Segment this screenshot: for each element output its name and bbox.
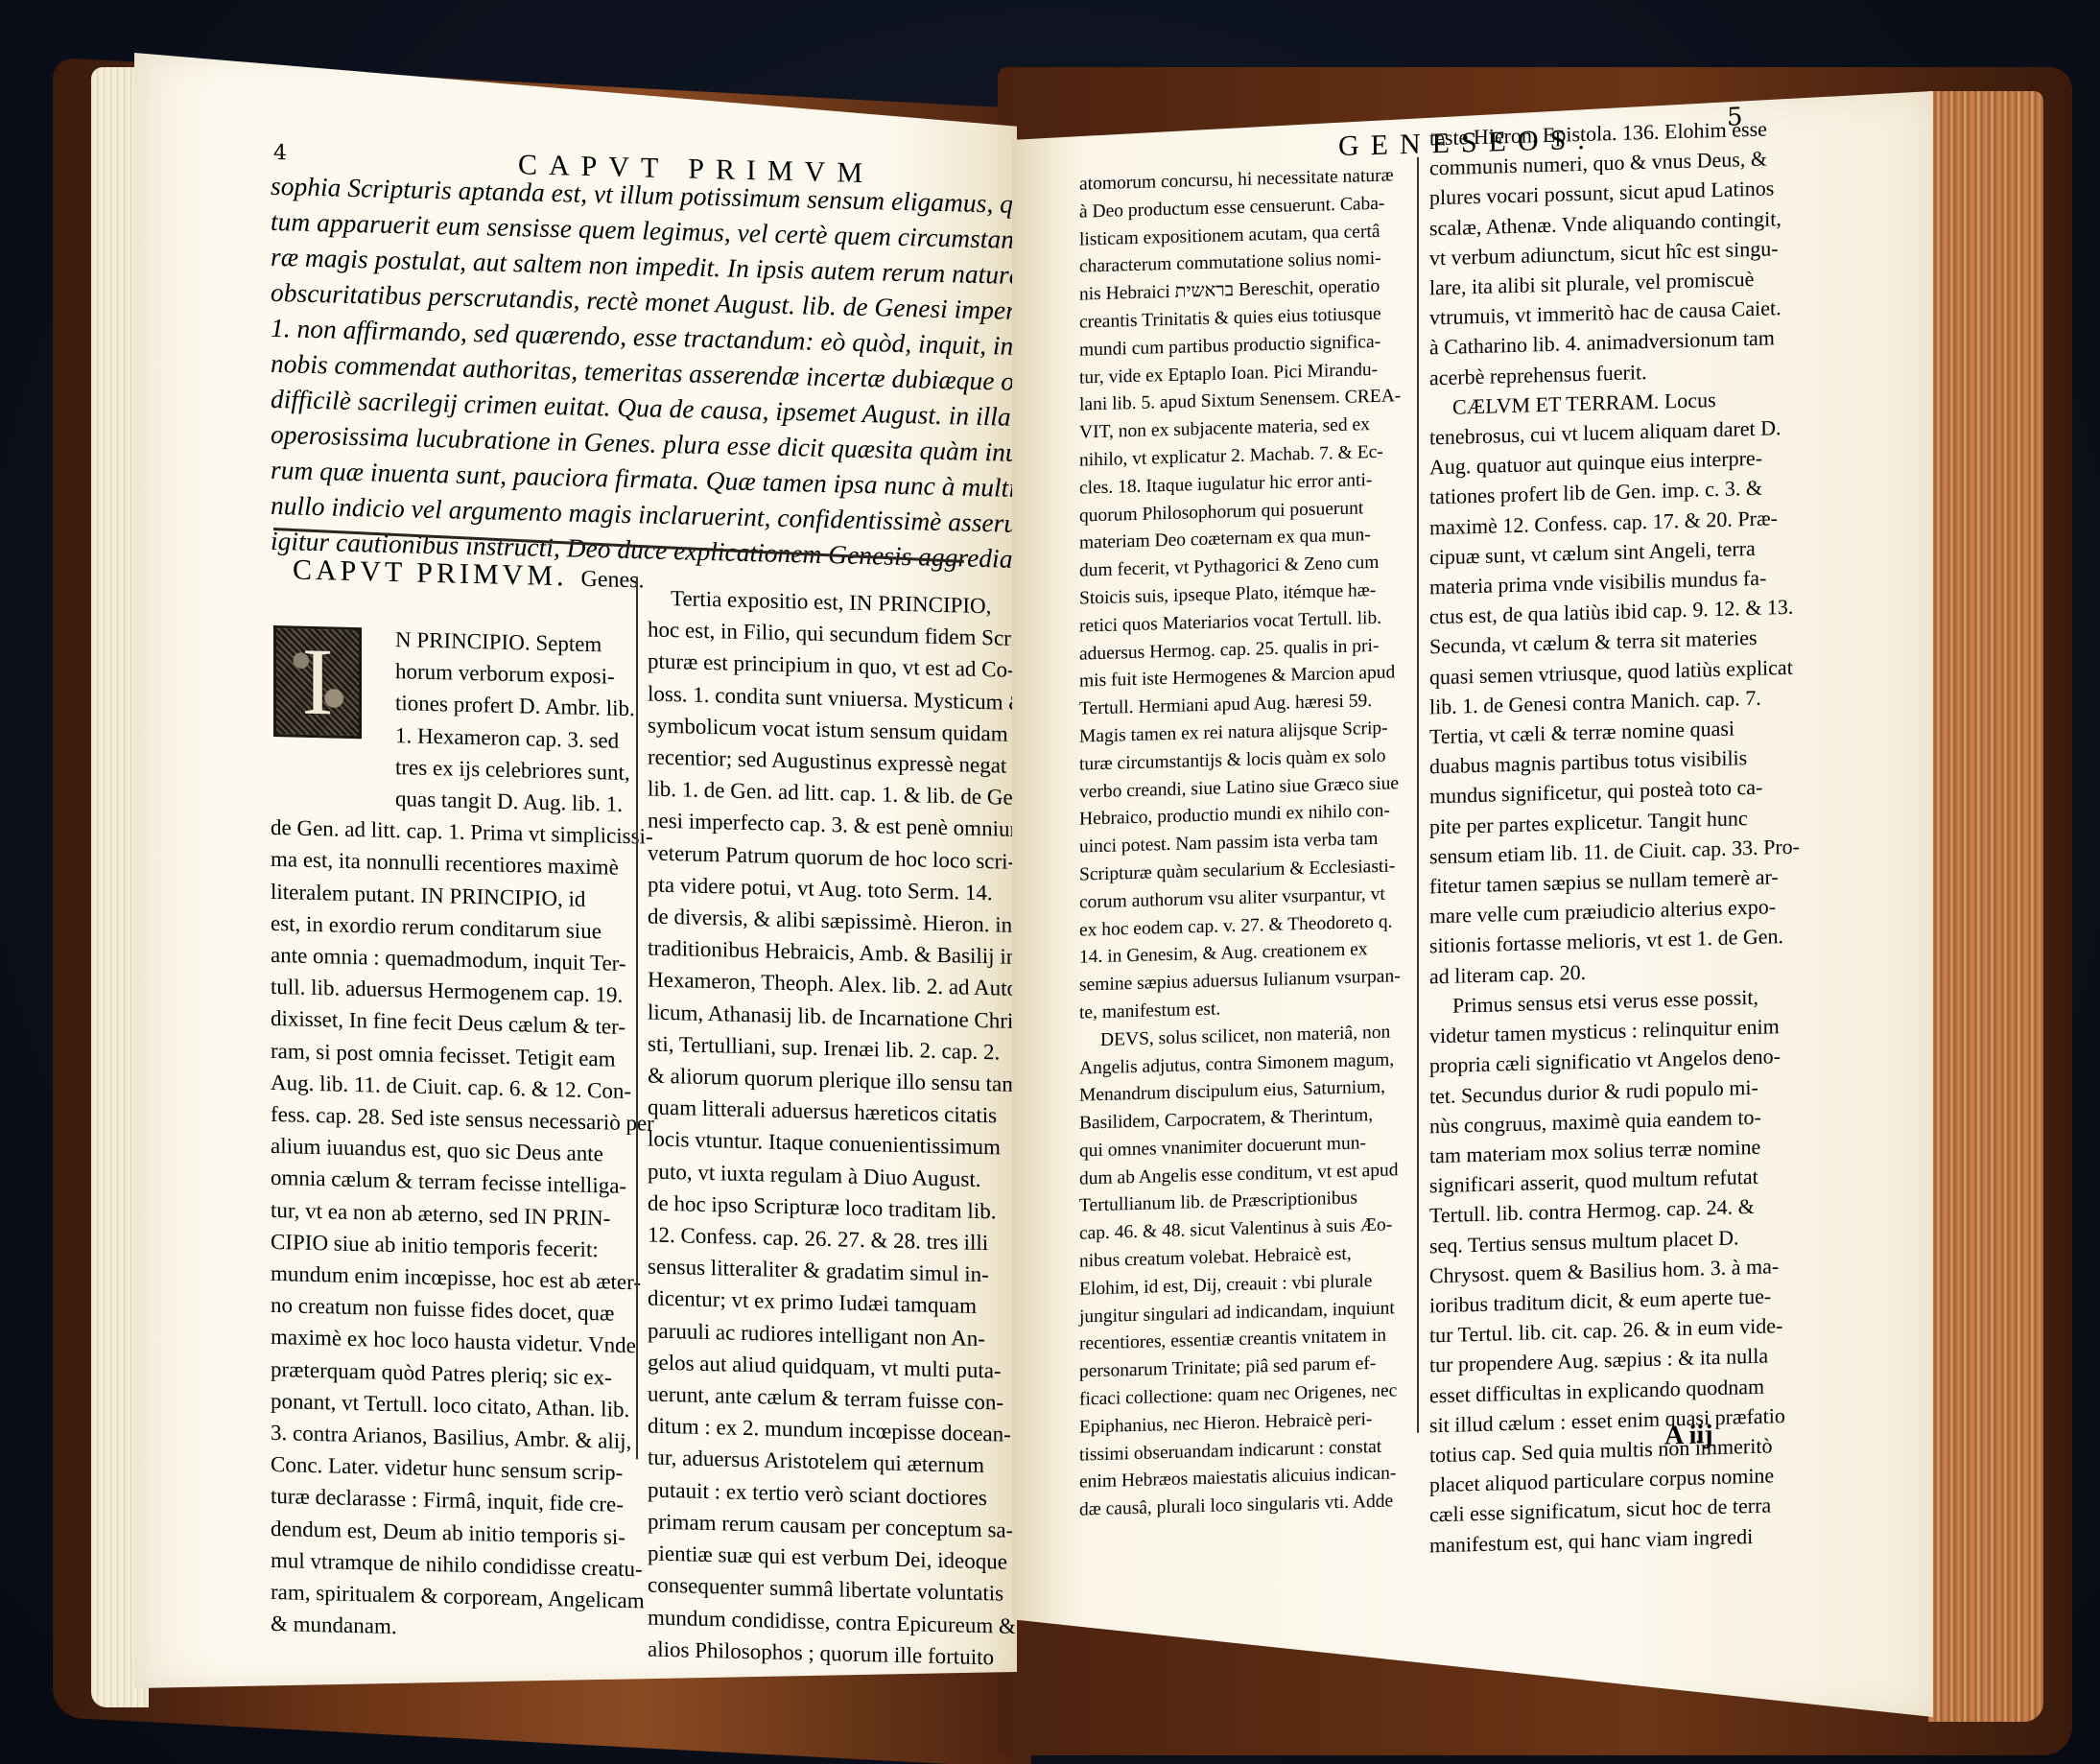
right-page-column-1: atomorum concursu, hi necessitate naturæ… <box>1079 162 1420 1525</box>
column-divider <box>1417 157 1419 1433</box>
right-page-column-2: teste Hieron. Epistola. 136. Elohim esse… <box>1429 113 1794 1560</box>
signature-mark: A iij <box>1664 1420 1713 1451</box>
right-page-text: GENESEOS. 5 atomorum concursu, hi necess… <box>0 0 2100 1764</box>
